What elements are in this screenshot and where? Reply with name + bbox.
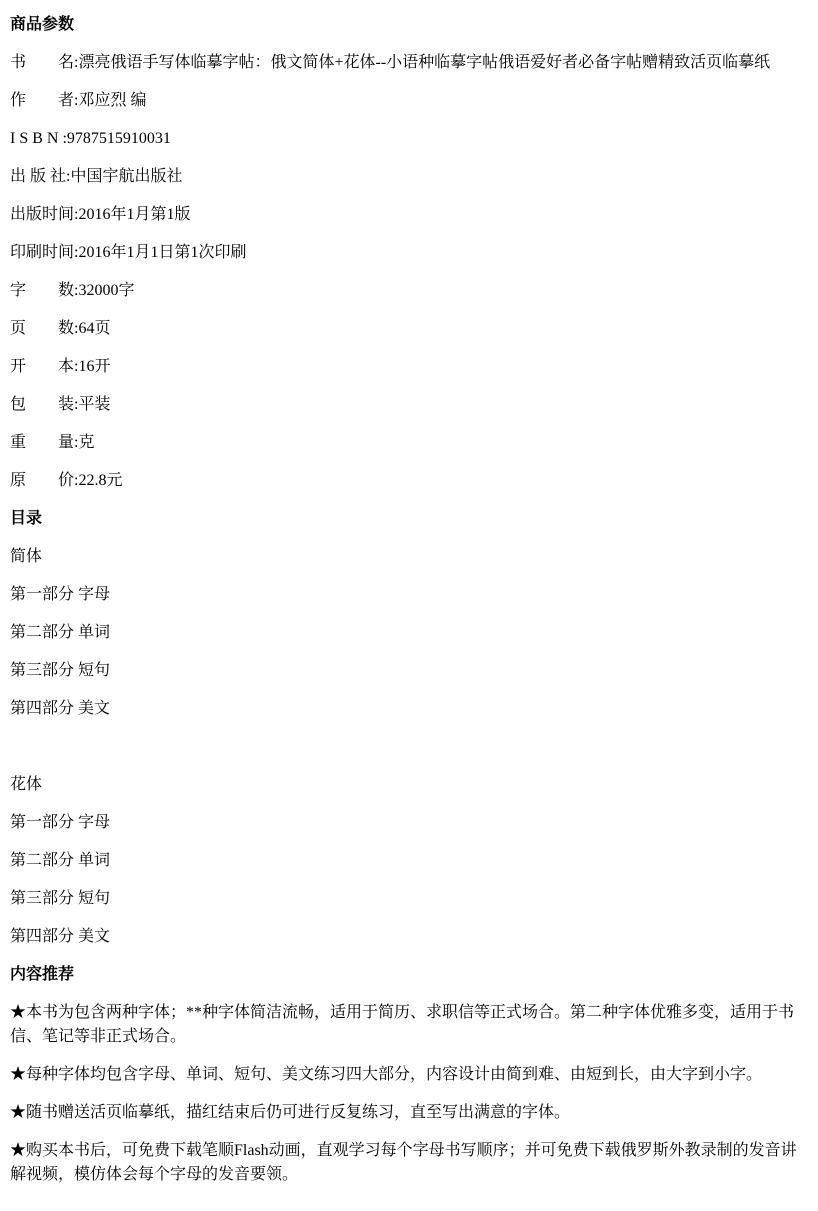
param-label: 开 本 [10, 358, 74, 375]
catalog-item: 第一部分 字母 [10, 811, 808, 835]
param-row: 出版时间:2016年1月第1版 [10, 203, 808, 227]
param-row: 原 价:22.8元 [10, 469, 808, 493]
catalog-group-title-cursive: 花体 [10, 773, 808, 797]
recommendation-paragraphs: ★本书为包含两种字体；**种字体简洁流畅，适用于简历、求职信等正式场合。第二种字… [10, 1001, 808, 1187]
param-label: 字 数 [10, 282, 74, 299]
param-row: 重 量:克 [10, 431, 808, 455]
param-value: 32000字 [78, 282, 134, 299]
param-label: 原 价 [10, 472, 74, 489]
product-description-page: { "page": { "background_color": "#ffffff… [0, 0, 818, 1211]
param-value: 平装 [78, 396, 110, 413]
param-label: 页 数 [10, 320, 74, 337]
param-label: 包 装 [10, 396, 74, 413]
recommendation-paragraph: ★本书为包含两种字体；**种字体简洁流畅，适用于简历、求职信等正式场合。第二种字… [10, 1001, 808, 1049]
param-value: 2016年1月1日第1次印刷 [78, 244, 246, 261]
param-value: 9787515910031 [67, 130, 171, 147]
param-value: 漂亮俄语手写体临摹字帖：俄文简体+花体--小语种临摹字帖俄语爱好者必备字帖赠精致… [78, 54, 770, 71]
recommendation-paragraph: ★购买本书后，可免费下载笔顺Flash动画，直观学习每个字母书写顺序；并可免费下… [10, 1139, 808, 1187]
param-label: 出版时间 [10, 206, 74, 223]
catalog-group-simplified: 简体 第一部分 字母 第二部分 单词 第三部分 短句 第四部分 美文 [10, 545, 808, 721]
param-row: 书 名:漂亮俄语手写体临摹字帖：俄文简体+花体--小语种临摹字帖俄语爱好者必备字… [10, 51, 808, 75]
catalog-group-cursive: 花体 第一部分 字母 第二部分 单词 第三部分 短句 第四部分 美文 [10, 773, 808, 949]
param-row: 印刷时间:2016年1月1日第1次印刷 [10, 241, 808, 265]
recommendation-paragraph: ★每种字体均包含字母、单词、短句、美文练习四大部分，内容设计由简到难、由短到长，… [10, 1063, 808, 1087]
params-section-heading: 商品参数 [10, 13, 808, 37]
param-label: 重 量 [10, 434, 74, 451]
recommendation-section-heading: 内容推荐 [10, 963, 808, 987]
param-row: 页 数:64页 [10, 317, 808, 341]
param-row: 开 本:16开 [10, 355, 808, 379]
param-value: 中国宇航出版社 [70, 168, 182, 185]
param-label: 印刷时间 [10, 244, 74, 261]
catalog-items-cursive: 第一部分 字母 第二部分 单词 第三部分 短句 第四部分 美文 [10, 811, 808, 949]
param-label: 出 版 社 [10, 168, 66, 185]
param-value: 16开 [78, 358, 110, 375]
catalog-item: 第二部分 单词 [10, 849, 808, 873]
param-label: 书 名 [10, 54, 74, 71]
param-value: 2016年1月第1版 [78, 206, 190, 223]
catalog-item: 第二部分 单词 [10, 621, 808, 645]
param-label: 作 者 [10, 92, 74, 109]
product-detail-content: 商品参数 书 名:漂亮俄语手写体临摹字帖：俄文简体+花体--小语种临摹字帖俄语爱… [10, 13, 808, 1187]
recommendation-paragraph: ★随书赠送活页临摹纸，描红结束后仍可进行反复练习，直至写出满意的字体。 [10, 1101, 808, 1125]
catalog-items-simplified: 第一部分 字母 第二部分 单词 第三部分 短句 第四部分 美文 [10, 583, 808, 721]
param-label: I S B N [10, 130, 62, 147]
catalog-item: 第四部分 美文 [10, 925, 808, 949]
catalog-item: 第三部分 短句 [10, 887, 808, 911]
param-value: 克 [78, 434, 94, 451]
param-row: I S B N :9787515910031 [10, 127, 808, 151]
params-list: 书 名:漂亮俄语手写体临摹字帖：俄文简体+花体--小语种临摹字帖俄语爱好者必备字… [10, 51, 808, 493]
catalog-item: 第四部分 美文 [10, 697, 808, 721]
catalog-group-title-simplified: 简体 [10, 545, 808, 569]
param-value: 64页 [78, 320, 110, 337]
param-row: 字 数:32000字 [10, 279, 808, 303]
param-value: 22.8元 [78, 472, 122, 489]
catalog-item: 第一部分 字母 [10, 583, 808, 607]
param-row: 出 版 社:中国宇航出版社 [10, 165, 808, 189]
param-row: 作 者:邓应烈 编 [10, 89, 808, 113]
catalog-item: 第三部分 短句 [10, 659, 808, 683]
param-value: 邓应烈 编 [78, 92, 146, 109]
catalog-section-heading: 目录 [10, 507, 808, 531]
param-row: 包 装:平装 [10, 393, 808, 417]
